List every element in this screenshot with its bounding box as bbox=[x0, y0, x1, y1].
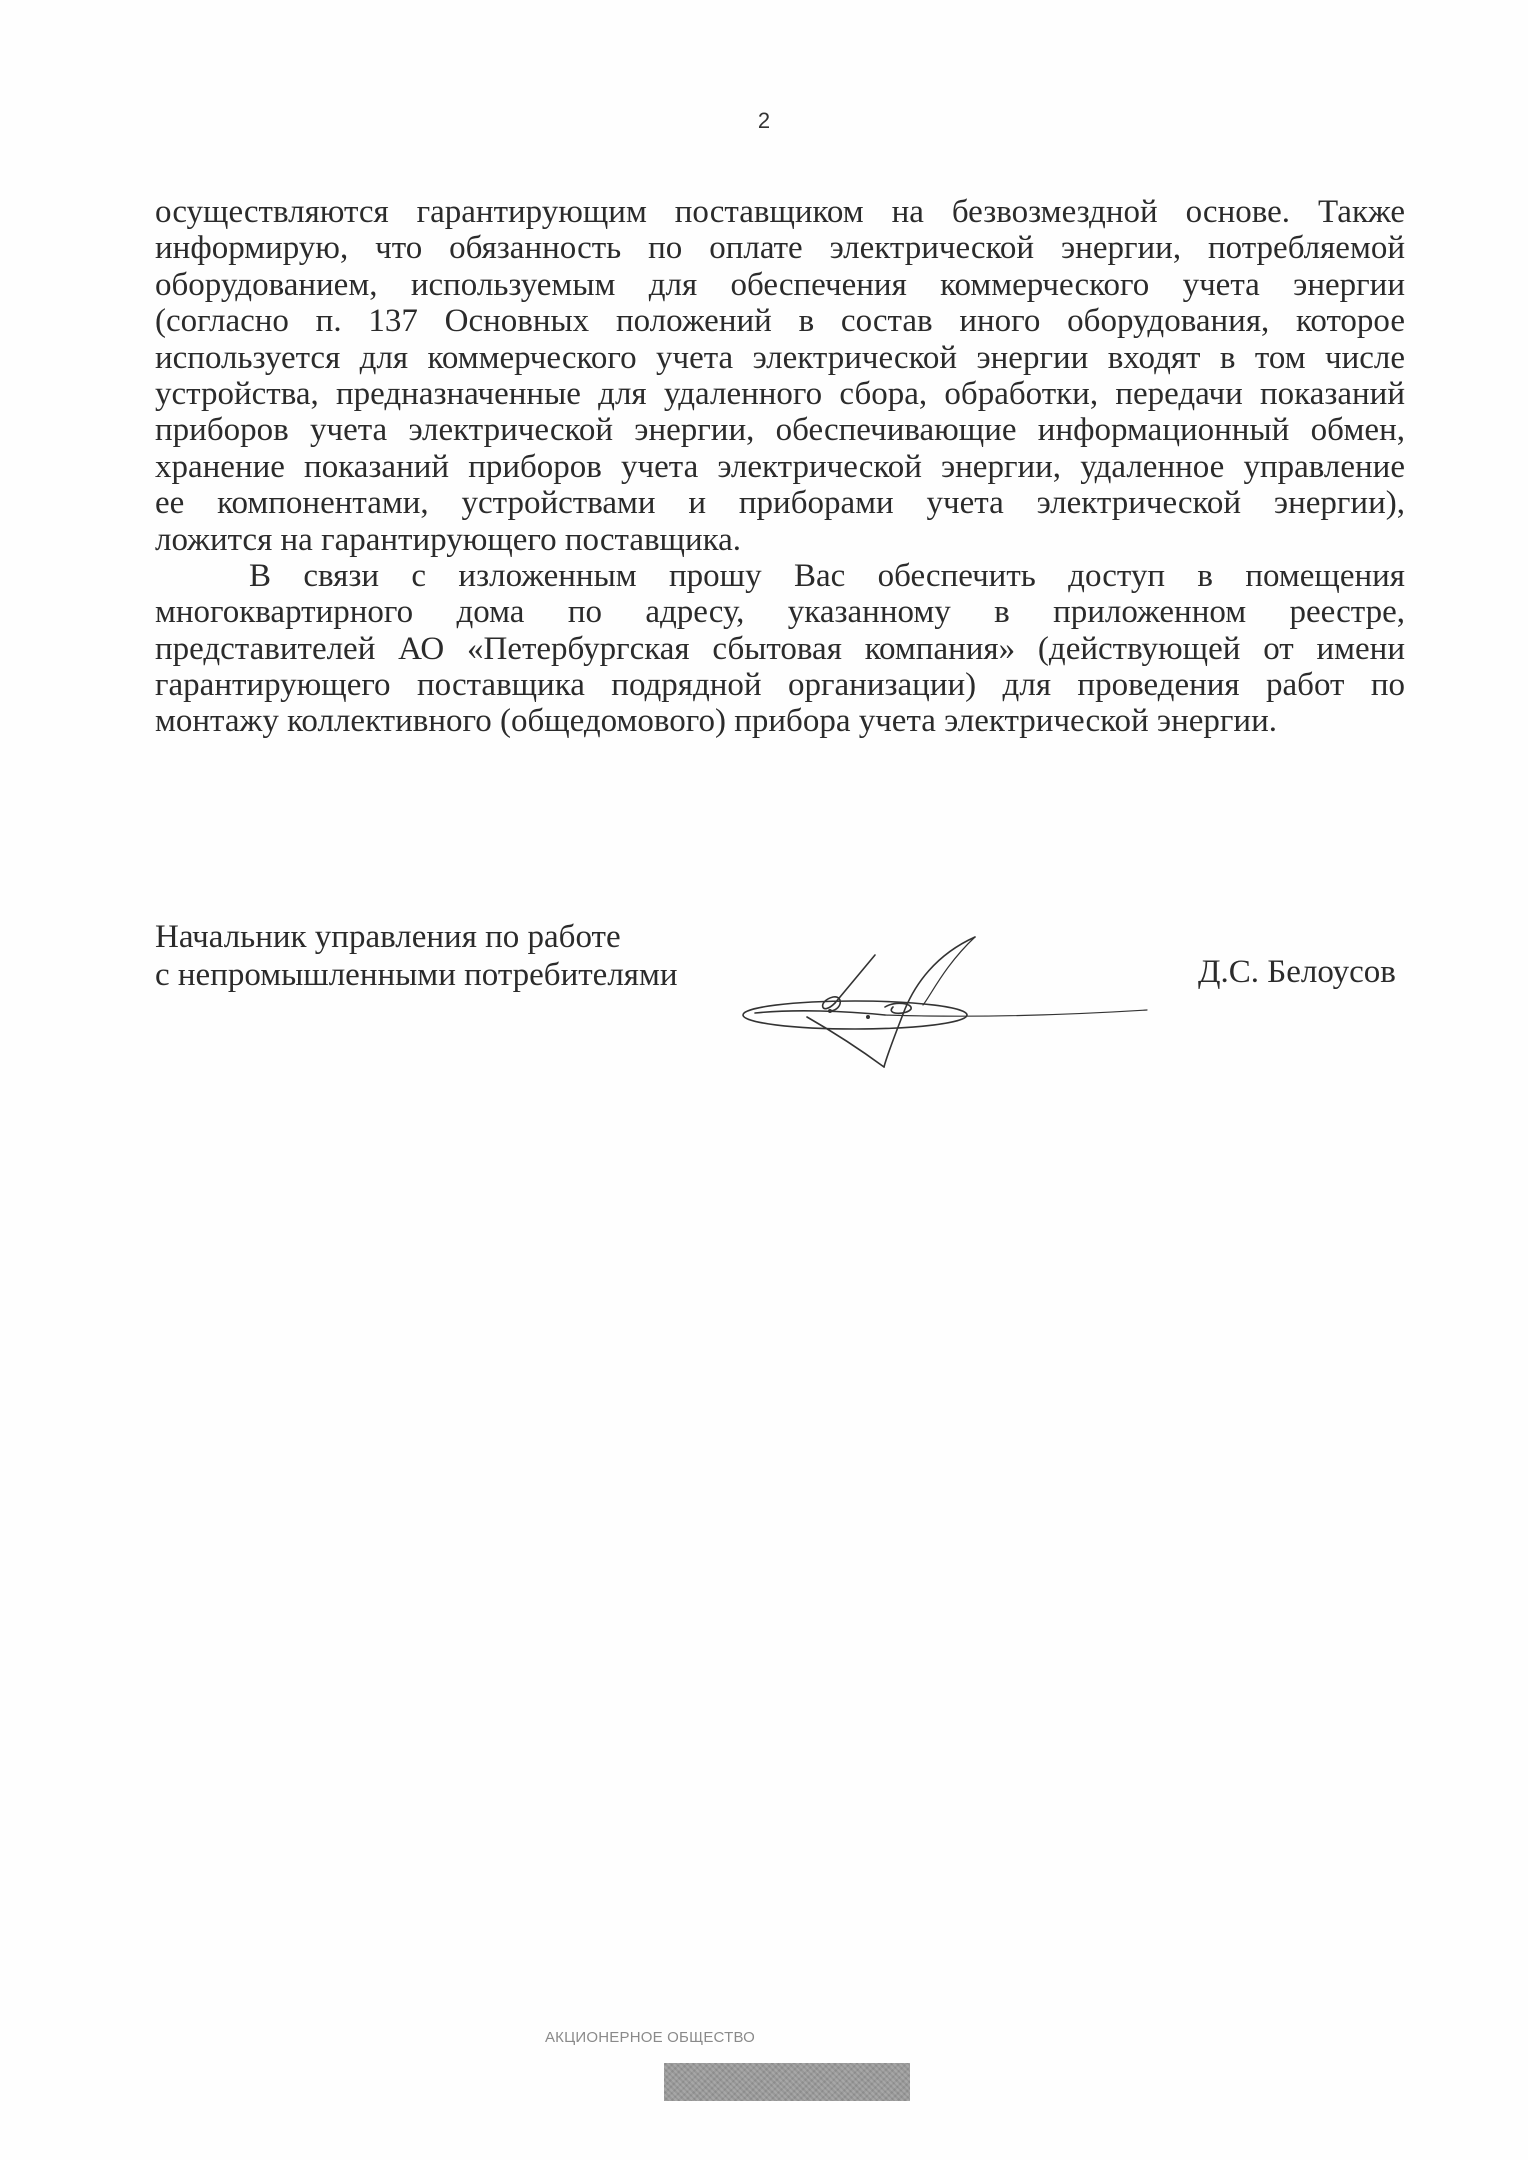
paragraph-2-line: многоквартирного дома по адресу, указанн… bbox=[155, 594, 1405, 630]
paragraph-1-line: хранение показаний приборов учета электр… bbox=[155, 449, 1405, 485]
paragraph-1-line: информирую, что обязанность по оплате эл… bbox=[155, 230, 1405, 266]
paragraph-1-line: используется для коммерческого учета эле… bbox=[155, 340, 1405, 376]
paragraph-2-line: В связи с изложенным прошу Вас обеспечит… bbox=[155, 558, 1405, 594]
paragraph-2-line: представителей АО «Петербургская сбытова… bbox=[155, 631, 1405, 667]
paragraph-1-line: осуществляются гарантирующим поставщиком… bbox=[155, 194, 1405, 230]
footer-redacted-bar bbox=[664, 2063, 910, 2101]
page-number: 2 bbox=[0, 108, 1528, 134]
paragraph-1-line: ложится на гарантирующего поставщика. bbox=[155, 522, 1405, 558]
footer-company-label: АКЦИОНЕРНОЕ ОБЩЕСТВО bbox=[0, 2029, 1300, 2046]
paragraph-2-line: монтажу коллективного (общедомового) при… bbox=[155, 703, 1405, 739]
signatory-name: Д.С. Белоусов bbox=[1198, 954, 1396, 991]
paragraph-1-line: оборудованием, используемым для обеспече… bbox=[155, 267, 1405, 303]
paragraph-1-line: (согласно п. 137 Основных положений в со… bbox=[155, 303, 1405, 339]
letter-body: осуществляются гарантирующим поставщиком… bbox=[155, 194, 1405, 740]
signatory-title-line-1: Начальник управления по работе bbox=[155, 918, 678, 956]
paragraph-1-line: ее компонентами, устройствами и приборам… bbox=[155, 485, 1405, 521]
paragraph-1-line: приборов учета электрической энергии, об… bbox=[155, 412, 1405, 448]
signatory-title-line-2: с непромышленными потребителями bbox=[155, 956, 678, 994]
paragraph-2-line: гарантирующего поставщика подрядной орга… bbox=[155, 667, 1405, 703]
document-page: 2 осуществляются гарантирующим поставщик… bbox=[0, 0, 1528, 2160]
handwritten-signature-icon bbox=[735, 905, 1195, 1075]
signatory-title: Начальник управления по работе с непромы… bbox=[155, 918, 678, 994]
paragraph-1-line: устройства, предназначенные для удаленно… bbox=[155, 376, 1405, 412]
